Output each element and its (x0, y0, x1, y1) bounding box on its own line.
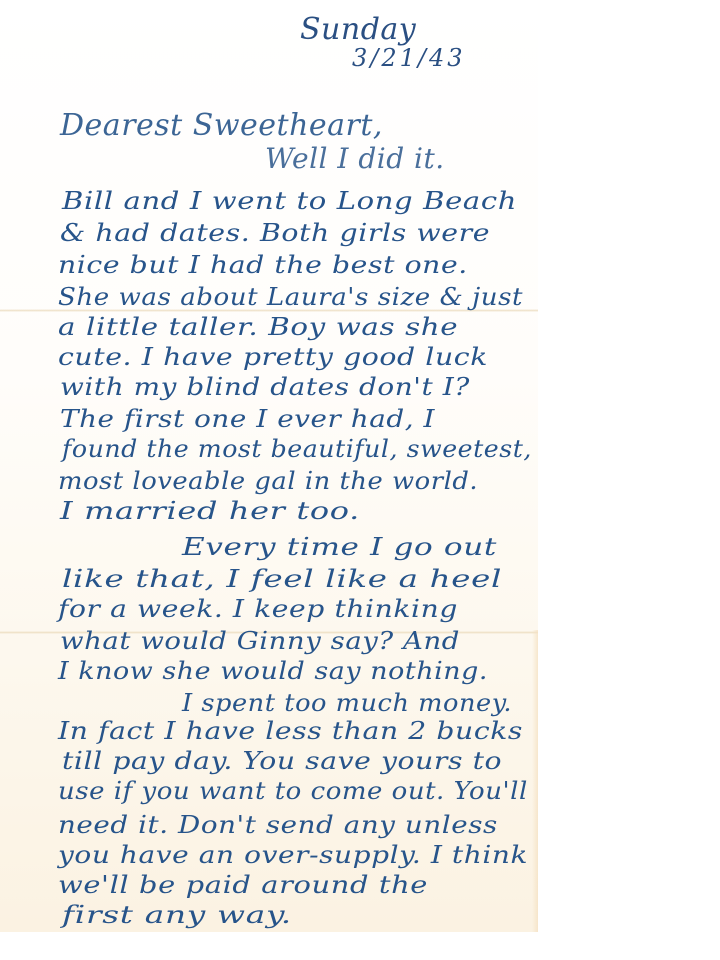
letter-line: She was about Laura's size & just (58, 282, 523, 312)
salutation: Dearest Sweetheart, (60, 108, 383, 143)
letter-line: & had dates. Both girls were (60, 218, 490, 248)
letter-line: with my blind dates don't I? (60, 372, 470, 402)
letter-date: 3/21/43 (352, 44, 466, 72)
letter-line: like that, I feel like a heel (62, 564, 502, 594)
letter-line: for a week. I keep thinking (58, 594, 458, 624)
letter-day: Sunday (300, 12, 416, 47)
letter-line: we'll be paid around the (58, 870, 428, 900)
opening-line: Well I did it. (265, 142, 445, 175)
letter-line: I married her too. (60, 496, 360, 526)
letter-line: found the most beautiful, sweetest, (62, 434, 532, 464)
letter-line: I know she would say nothing. (58, 656, 488, 686)
letter-line: I spent too much money. (182, 688, 512, 718)
paper-edge (532, 630, 538, 932)
letter-line: first any way. (62, 900, 292, 930)
letter-line: you have an over-supply. I think (58, 840, 528, 870)
letter-line: cute. I have pretty good luck (58, 342, 488, 372)
letter-line: The first one I ever had, I (60, 404, 435, 434)
letter-paper-upper-right (538, 0, 720, 630)
letter-line: need it. Don't send any unless (58, 810, 498, 840)
letter-line: till pay day. You save yours to (62, 746, 502, 776)
letter-line: use if you want to come out. You'll (58, 776, 528, 806)
letter-line: In fact I have less than 2 bucks (58, 716, 523, 746)
letter-line: Bill and I went to Long Beach (62, 186, 517, 216)
letter-line: what would Ginny say? And (60, 626, 460, 656)
letter-line: nice but I had the best one. (58, 250, 468, 280)
letter-line: most loveable gal in the world. (58, 466, 478, 496)
letter-line: Every time I go out (182, 532, 497, 562)
letter-line: a little taller. Boy was she (58, 312, 458, 342)
